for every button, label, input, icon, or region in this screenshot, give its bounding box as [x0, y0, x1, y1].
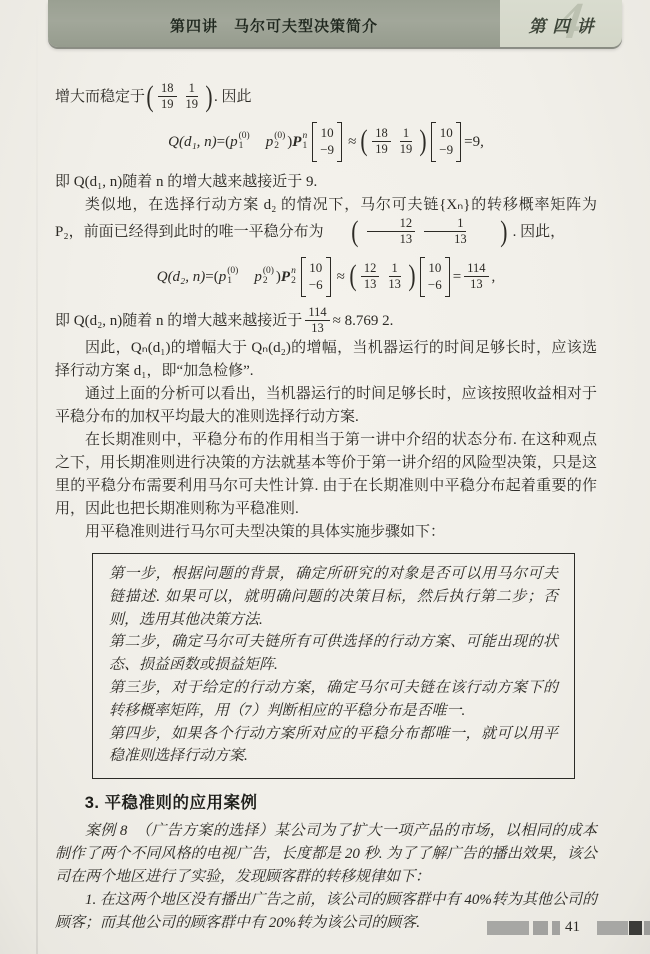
fraction: 113 [385, 261, 404, 292]
supsub: n2 [291, 267, 296, 287]
chapter-running-title: 第四讲 马尔可夫型决策简介 [48, 15, 500, 36]
math-matrix-P: P [281, 266, 290, 289]
supsub: (0)2 [263, 267, 274, 287]
footer-deco-block [629, 921, 642, 935]
approx-sign: ≈ [348, 131, 356, 154]
math-result: =9, [464, 131, 484, 154]
math-var-p1: p [230, 131, 238, 154]
column-vector: 10−6 [301, 257, 331, 297]
supsub: (0)2 [274, 132, 285, 152]
math-op: =( [205, 266, 218, 289]
formula-q-d2: Q(d₂, n)=(p(0)1p(0)2)Pn210−6≈(1213113)10… [55, 253, 597, 301]
math-var-p2: p [266, 131, 274, 154]
column-vector: 10−9 [431, 122, 461, 162]
column-vector: 10−6 [420, 257, 450, 297]
footer-deco-block [533, 921, 548, 935]
fraction-result: 11413 [464, 261, 488, 292]
fraction: 1819 [372, 126, 391, 157]
supsub: (0)1 [239, 132, 250, 152]
paragraph-steps-intro: 用平稳准则进行马尔可夫型决策的具体实施步骤如下： [55, 521, 597, 544]
text-run: ≈ 8.769 2. [333, 313, 394, 329]
footer-deco-block [487, 921, 529, 935]
math-comma: , [492, 266, 496, 289]
column-vector: 10−9 [312, 122, 342, 162]
paragraph-after-formula2: 即 Q(d₂, n)随着 n 的增大越来越接近于11413≈ 8.769 2. [55, 306, 597, 337]
footer-deco-block [552, 921, 560, 935]
chapter-tab-label: 第四讲 [500, 12, 622, 37]
footer-deco-block [597, 921, 628, 935]
math-op: = [453, 266, 461, 289]
chapter-header-bar: 第四讲 马尔可夫型决策简介 4 第四讲 [48, 0, 622, 47]
formula-q-d1: Q(d₁, n)=(p(0)1p(0)2)Pn110−9≈(1819119)10… [55, 118, 597, 166]
fraction: 113 [421, 216, 470, 247]
math-var-p2: p [254, 266, 262, 289]
math-var-p1: p [219, 266, 227, 289]
approx-sign: ≈ [337, 266, 345, 289]
steps-box: 第一步，根据问题的背景，确定所研究的对象是否可以用马尔可夫链描述. 如果可以，就… [92, 553, 575, 779]
page-number: 41 [565, 919, 580, 936]
section-heading: 3. 平稳准则的应用案例 [55, 792, 597, 815]
paragraph-stationary-d1: 增大而稳定于(1819119). 因此 [55, 82, 597, 113]
step-2: 第二步，确定马尔可夫链所有可供选择的行动方案、可能出现的状态、损益函数或损益矩阵… [109, 631, 558, 677]
fraction: 119 [183, 81, 202, 112]
math-matrix-P: P [292, 131, 301, 154]
paragraph-case8: 案例 8 （广告方案的选择）某公司为了扩大一项产品的市场，以相同的成本制作了两个… [55, 820, 597, 889]
book-page: 第四讲 马尔可夫型决策简介 4 第四讲 增大而稳定于(1819119). 因此 … [0, 0, 650, 954]
text-run: 增大而稳定于 [55, 89, 145, 105]
math-func: Q(d₁, n) [168, 131, 217, 154]
math-op: =( [217, 131, 230, 154]
supsub: n1 [302, 132, 307, 152]
text-run: . 因此 [214, 89, 252, 105]
footer-deco-block [644, 921, 650, 935]
paragraph-analysis: 通过上面的分析可以看出，当机器运行的时间足够长时，应该按照收益相对于平稳分布的加… [55, 383, 597, 429]
paragraph-after-formula1: 即 Q(d₁, n)随着 n 的增大越来越接近于 9. [55, 171, 597, 194]
chapter-tab: 4 第四讲 [500, 0, 622, 47]
step-4: 第四步，如果各个行动方案所对应的平稳分布都唯一，就可以用平稳准则选择行动方案. [109, 723, 558, 769]
fraction: 11413 [305, 305, 329, 336]
fraction: 1819 [158, 81, 177, 112]
page-content: 增大而稳定于(1819119). 因此 Q(d₁, n)=(p(0)1p(0)2… [55, 82, 597, 935]
math-func: Q(d₂, n) [157, 266, 206, 289]
fraction: 1213 [361, 261, 380, 292]
text-run: . 因此， [513, 224, 566, 240]
supsub: (0)1 [227, 267, 238, 287]
paragraph-longterm-criterion: 在长期准则中，平稳分布的作用相当于第一讲中介绍的状态分布. 在这种观点之下，用长… [55, 429, 597, 521]
paragraph-conclusion: 因此，Qₙ(d₁)的增幅大于 Qₙ(d₂)的增幅，当机器运行的时间足够长时，应该… [55, 337, 597, 383]
fraction: 119 [397, 126, 416, 157]
step-3: 第三步，对于给定的行动方案，确定马尔可夫链在该行动方案下的转移概率矩阵，用（7）… [109, 677, 558, 723]
step-1: 第一步，根据问题的背景，确定所研究的对象是否可以用马尔可夫链描述. 如果可以，就… [109, 563, 558, 631]
text-run: 即 Q(d₂, n)随着 n 的增大越来越接近于 [55, 313, 302, 329]
paragraph-stationary-d2: 类似地，在选择行动方案 d₂ 的情况下，马尔可夫链{Xₙ}的转移概率矩阵为 P₂… [55, 194, 597, 248]
fraction: 1213 [367, 216, 416, 247]
